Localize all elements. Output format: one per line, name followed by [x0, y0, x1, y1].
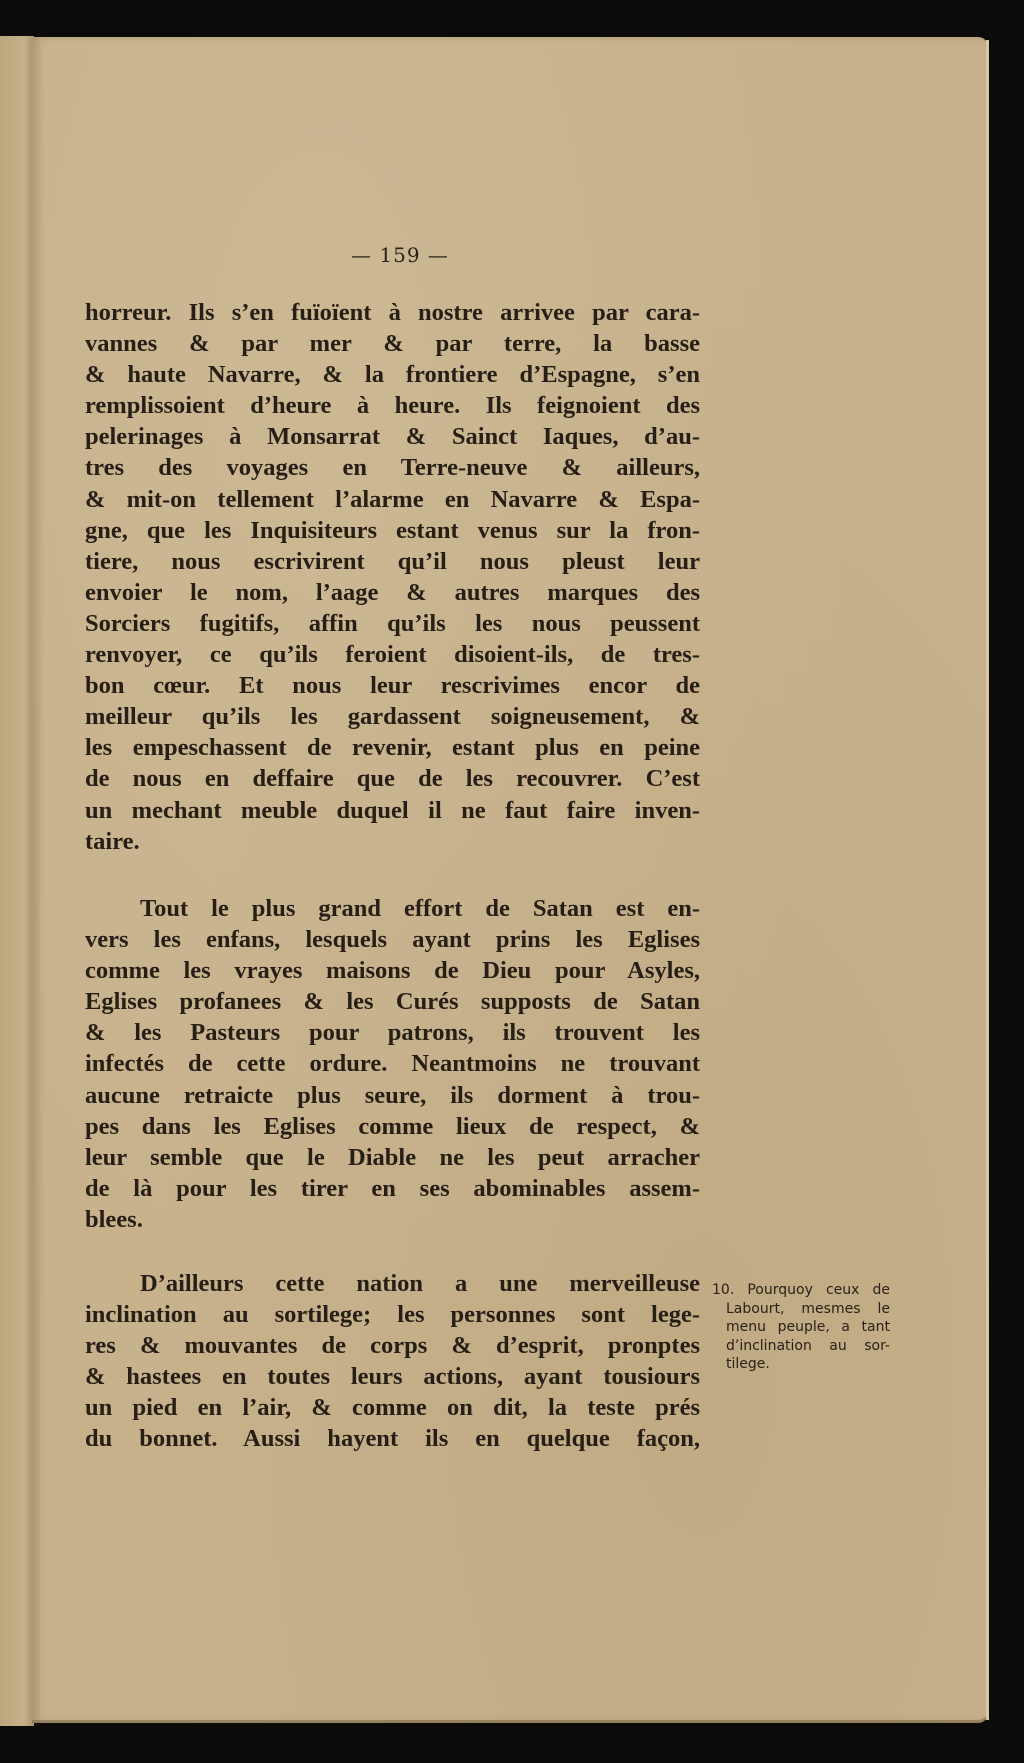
page-number: — 159 —	[300, 243, 500, 267]
marginal-line: Labourt, mesmes le	[712, 1300, 890, 1319]
text-line: & hastees en toutes leurs actions, ayant…	[85, 1361, 700, 1392]
text-line: un mechant meuble duquel il ne faut fair…	[85, 795, 700, 826]
text-line: Sorciers fugitifs, affin qu’ils les nous…	[85, 608, 700, 639]
text-line: res & mouvantes de corps & d’esprit, pro…	[85, 1330, 700, 1361]
text-line: infectés de cette ordure. Neantmoins ne …	[85, 1048, 700, 1079]
text-line: aucune retraicte plus seure, ils dorment…	[85, 1080, 700, 1111]
page-edge	[986, 40, 989, 1720]
text-line: tres des voyages en Terre-neuve & ailleu…	[85, 452, 700, 483]
text-line: horreur. Ils s’en fuïoïent à nostre arri…	[85, 297, 700, 328]
text-line: un pied en l’air, & comme on dit, la tes…	[85, 1392, 700, 1423]
text-line: envoier le nom, l’aage & autres marques …	[85, 577, 700, 608]
paragraph-3: D’ailleurs cette nation a une merveilleu…	[85, 1268, 700, 1455]
text-line: inclination au sortilege; les personnes …	[85, 1299, 700, 1330]
text-line: de nous en deffaire que de les recouvrer…	[85, 763, 700, 794]
text-line: pelerinages à Monsarrat & Sainct Iaques,…	[85, 421, 700, 452]
text-line: & mit-on tellement l’alarme en Navarre &…	[85, 484, 700, 515]
text-line: renvoyer, ce qu’ils feroient disoient-il…	[85, 639, 700, 670]
text-line: taire.	[85, 826, 700, 857]
text-line: pes dans les Eglises comme lieux de resp…	[85, 1111, 700, 1142]
marginal-line: 10. Pourquoy ceux de	[712, 1281, 890, 1300]
text-line: de là pour les tirer en ses abominables …	[85, 1173, 700, 1204]
text-line: du bonnet. Aussi hayent ils en quelque f…	[85, 1423, 700, 1454]
marginal-note: 10. Pourquoy ceux de Labourt, mesmes le …	[712, 1281, 890, 1374]
text-line: Tout le plus grand effort de Satan est e…	[85, 893, 700, 924]
text-line: Eglises profanees & les Curés supposts d…	[85, 986, 700, 1017]
text-line: D’ailleurs cette nation a une merveilleu…	[85, 1268, 700, 1299]
text-line: leur semble que le Diable ne les peut ar…	[85, 1142, 700, 1173]
text-line: les empeschassent de revenir, estant plu…	[85, 732, 700, 763]
text-line: vers les enfans, lesquels ayant prins le…	[85, 924, 700, 955]
marginal-line: menu peuple, a tant	[712, 1318, 890, 1337]
text-line: comme les vrayes maisons de Dieu pour As…	[85, 955, 700, 986]
book-page	[32, 37, 988, 1723]
paragraph-1: horreur. Ils s’en fuïoïent à nostre arri…	[85, 297, 700, 857]
text-line: tiere, nous escrivirent qu’il nous pleus…	[85, 546, 700, 577]
previous-page-edge	[0, 36, 34, 1726]
text-line: remplissoient d’heure à heure. Ils feign…	[85, 390, 700, 421]
text-line: gne, que les Inquisiteurs estant venus s…	[85, 515, 700, 546]
text-line: bon cœur. Et nous leur rescrivimes encor…	[85, 670, 700, 701]
text-line: vannes & par mer & par terre, la basse	[85, 328, 700, 359]
text-line: & haute Navarre, & la frontiere d’Espagn…	[85, 359, 700, 390]
paragraph-2: Tout le plus grand effort de Satan est e…	[85, 893, 700, 1235]
marginal-line: tilege.	[712, 1355, 890, 1374]
marginal-line: d’inclination au sor-	[712, 1337, 890, 1356]
text-line: blees.	[85, 1204, 700, 1235]
text-line: & les Pasteurs pour patrons, ils trouven…	[85, 1017, 700, 1048]
text-line: meilleur qu’ils les gardassent soigneuse…	[85, 701, 700, 732]
